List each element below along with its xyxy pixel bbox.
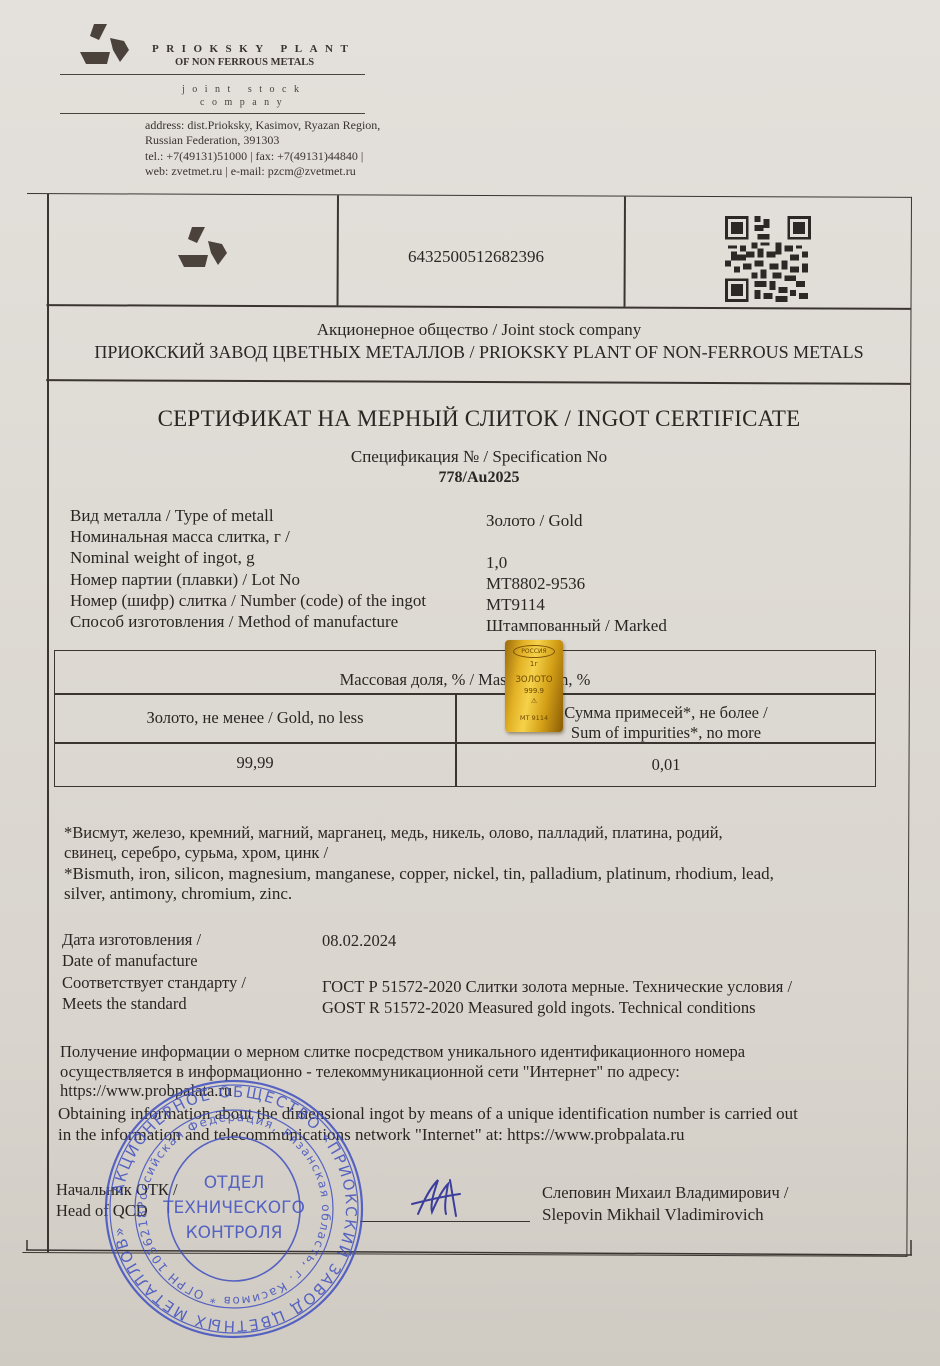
svg-text:КОНТРОЛЯ: КОНТРОЛЯ [186,1223,283,1243]
footnote-en: *Bismuth, iron, silicon, magnesium, mang… [64,864,774,885]
footnote-en: silver, antimony, chromium, zinc. [64,884,292,905]
gold-header: Золото, не менее / Gold, no less [55,694,455,742]
priokski-logo-icon [80,24,130,66]
letterhead-phone: tel.: +7(49131)51000 | fax: +7(49131)448… [145,149,363,165]
property-value: MT8802-9536 [486,574,585,594]
letterhead-company-subtitle: OF NON FERROUS METALS [175,57,314,68]
property-label: Nominal weight of ingot, g [70,548,255,568]
standard-value: ГОСТ Р 51572-2020 Слитки золота мерные. … [322,977,792,998]
company-seal-stamp: АКЦИОНЕРНОЕ ОБЩЕСТВО «ПРИОКСКИЙ ЗАВОД ЦВ… [103,1078,365,1340]
info-ru: Получение информации о мерном слитке пос… [60,1042,745,1063]
composition-header: Массовая доля, % / Mass fraction, % [55,651,875,693]
priokski-logo-icon [178,226,228,270]
identification-number: 6432500512682396 [408,247,544,267]
property-label: Номинальная масса слитка, г / [70,527,290,547]
letterhead-company-name: PRIOKSKY PLANT [152,43,355,55]
letterhead-address: Russian Federation, 391303 [145,133,279,149]
property-value: MT9114 [486,595,545,615]
property-label: Номер партии (плавки) / Lot No [70,570,300,590]
letterhead-web: web: zvetmet.ru | e-mail: pzcm@zvetmet.r… [145,164,356,180]
signatory-name: Slepovin Mikhail Vladimirovich [542,1205,764,1226]
letterhead-company-type: joint stock [182,84,306,95]
standard-label: Соответствует стандарту / [62,973,246,994]
date-value: 08.02.2024 [322,931,396,952]
company-type: Акционерное общество / Joint stock compa… [48,320,910,340]
gold-ingot-image: РОССИЯ 1г ЗОЛОТО 999.9 ⚠ MT 9114 [505,640,563,732]
letterhead-address: address: dist.Prioksky, Kasimov, Ryazan … [145,118,380,134]
property-label: Способ изготовления / Method of manufact… [70,612,398,632]
qr-code-icon[interactable] [724,216,812,302]
signature-icon [410,1174,470,1224]
gold-value: 99,99 [55,743,455,783]
svg-text:ОТДЕЛ: ОТДЕЛ [204,1173,265,1193]
company-name: ПРИОКСКИЙ ЗАВОД ЦВЕТНЫХ МЕТАЛЛОВ / PRIOK… [48,342,910,363]
specification-label: Спецификация № / Specification No [48,447,910,467]
property-value: Штампованный / Marked [486,616,667,636]
letterhead: PRIOKSKY PLANT OF NON FERROUS METALS joi… [0,0,940,190]
signatory-name: Слеповин Михаил Владимирович / [542,1183,788,1204]
svg-text:ТЕХНИЧЕСКОГО: ТЕХНИЧЕСКОГО [162,1198,305,1218]
standard-label: Meets the standard [62,994,187,1015]
date-label: Date of manufacture [62,951,198,972]
priokski-logo-icon: ⚠ [505,697,563,705]
russia-mark: РОССИЯ [513,645,555,658]
date-label: Дата изготовления / [62,930,201,951]
property-label: Вид металла / Type of metall [70,506,274,526]
footnote-ru: свинец, серебро, сурьма, хром, цинк / [64,843,328,864]
property-label: Номер (шифр) слитка / Number (code) of t… [70,591,426,611]
impurities-value: 0,01 [457,743,875,787]
divider [60,74,365,75]
divider [60,113,365,114]
property-value: Золото / Gold [486,511,582,531]
certificate-title: СЕРТИФИКАТ НА МЕРНЫЙ СЛИТОК / INGOT CERT… [48,406,910,432]
property-value: 1,0 [486,553,507,573]
composition-table: Массовая доля, % / Mass fraction, % Золо… [54,650,876,787]
letterhead-company-type: company [200,97,289,108]
standard-value: GOST R 51572-2020 Measured gold ingots. … [322,998,756,1019]
specification-number: 778/Au2025 [48,469,910,487]
footnote-ru: *Висмут, железо, кремний, магний, марган… [64,823,723,844]
